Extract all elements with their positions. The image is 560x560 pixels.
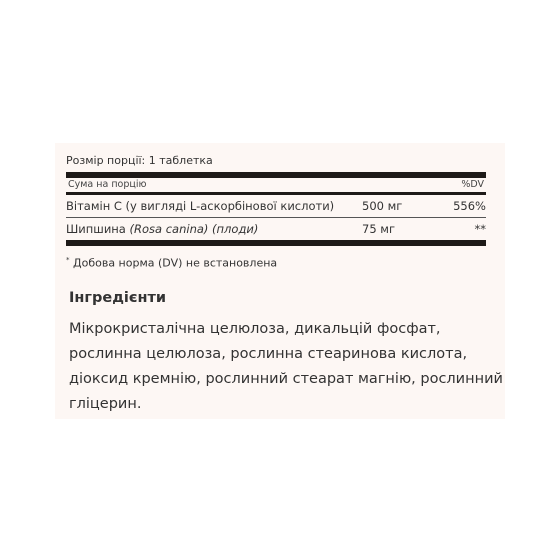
footnote: * Добова норма (DV) не встановлена	[66, 256, 277, 270]
nutrient-name-plain: Шипшина	[66, 222, 130, 236]
footnote-text: Добова норма (DV) не встановлена	[73, 257, 277, 270]
dv-label: %DV	[461, 178, 484, 192]
table-row: Шипшина (Rosa canina) (плоди) 75 мг **	[66, 218, 486, 240]
nutrient-name: Шипшина (Rosa canina) (плоди)	[66, 218, 362, 240]
nutrient-amount: 75 мг	[362, 218, 442, 240]
nutrient-name-latin: (Rosa canina) (плоди)	[130, 222, 259, 236]
nutrient-dv: **	[442, 218, 486, 240]
serving-size: Розмір порції: 1 таблетка	[66, 150, 486, 172]
amount-per-serving-label: Сума на порцію	[68, 178, 146, 192]
table-header: Сума на порцію %DV	[66, 178, 486, 192]
nutrient-dv: 556%	[442, 195, 486, 217]
table-row: Вітамін C (у вигляді L-аскорбінової кисл…	[66, 195, 486, 217]
nutrient-amount: 500 мг	[362, 195, 442, 217]
ingredients-text: Мікрокристалічна целюлоза, дикальцій фос…	[69, 317, 509, 417]
nutrient-name: Вітамін C (у вигляді L-аскорбінової кисл…	[66, 195, 362, 217]
footnote-mark: *	[66, 256, 70, 264]
ingredients-title: Інгредієнти	[69, 290, 166, 306]
divider-thick	[66, 240, 486, 246]
supplement-facts-table: Розмір порції: 1 таблетка Сума на порцію…	[66, 150, 486, 246]
